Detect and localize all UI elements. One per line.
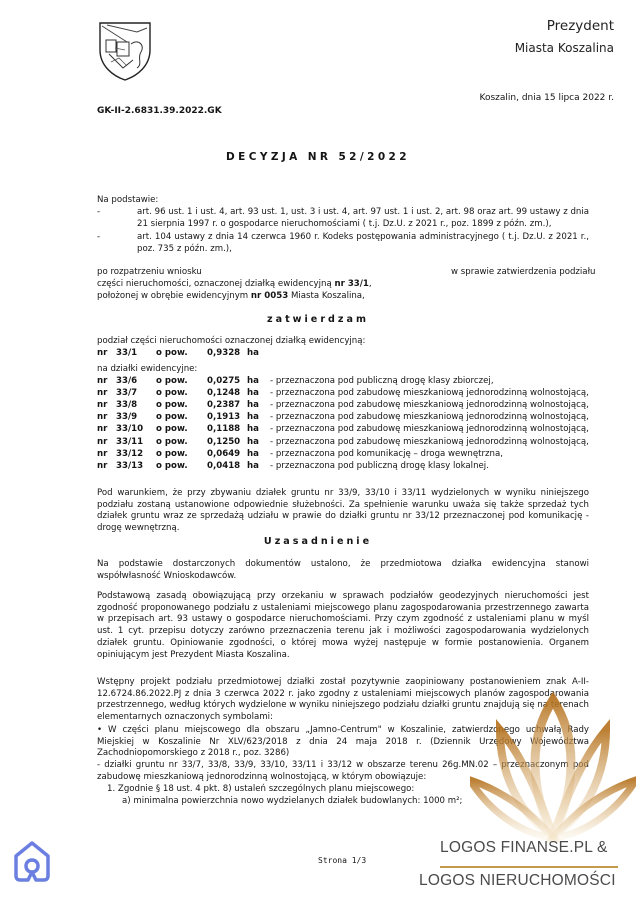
plot-area: 0,1188: [207, 424, 240, 436]
plot-area: 0,0418: [207, 461, 240, 473]
division-into-label: na działki ewidencyjne:: [97, 364, 197, 376]
issuer-title: Prezydent: [515, 15, 614, 37]
plot-unit: ha: [247, 461, 259, 473]
plot-desc: - przeznaczona pod zabudowę mieszkaniową…: [270, 424, 589, 436]
plot-nr: nr: [97, 376, 107, 388]
basis-line: art. 96 ust. 1 i ust. 4, art. 93 ust. 1,…: [137, 207, 589, 219]
plot-area: 0,0649: [207, 449, 240, 461]
city-crest-icon: [97, 20, 153, 82]
case-reference: GK-II-2.6831.39.2022.GK: [97, 106, 222, 116]
plot-nr: nr: [97, 412, 107, 424]
plot-pow: o pow.: [156, 437, 188, 449]
plot-num: 33/11: [116, 437, 143, 449]
plot-nr: nr: [97, 461, 107, 473]
plot-nr: nr: [97, 400, 107, 412]
justification-p1: Na podstawie dostarczonych dokumentów us…: [97, 559, 589, 582]
plot-pow: o pow.: [156, 388, 188, 400]
plot-unit: ha: [247, 424, 259, 436]
plan-numbered-item: 1. Zgodnie § 18 ust. 4 pkt. 8) ustaleń s…: [107, 784, 414, 796]
watermark-brand-line-1: LOGOS FINANSE.PL &: [440, 839, 608, 857]
plot-pow: o pow.: [156, 412, 188, 424]
plot-nr: nr: [97, 424, 107, 436]
plot-desc: - przeznaczona pod komunikację – droga w…: [270, 449, 503, 461]
plot-area: 0,2387: [207, 400, 240, 412]
plot-desc: - przeznaczona pod zabudowę mieszkaniową…: [270, 400, 589, 412]
plot-unit: ha: [247, 388, 259, 400]
plot-desc: - przeznaczona pod publiczną drogę klasy…: [270, 376, 494, 388]
plot-pow: o pow.: [156, 461, 188, 473]
parcel-number: nr 33/1: [334, 279, 368, 289]
plot-num: 33/10: [116, 424, 143, 436]
basis-line: art. 104 ustawy z dnia 14 czerwca 1960 r…: [137, 232, 589, 244]
plan-lettered-item: a) minimalna powierzchnia nowo wydzielan…: [122, 796, 462, 808]
plot-unit: ha: [247, 449, 259, 461]
justification-p2: Podstawową zasadą obowiązującą przy orze…: [97, 591, 589, 661]
plot-area: 0,1250: [207, 437, 240, 449]
page-number: Strona 1/3: [318, 856, 366, 865]
plot-desc: - przeznaczona pod zabudowę mieszkaniową…: [270, 437, 589, 449]
plot-pow: o pow.: [156, 400, 188, 412]
division-intro: podział części nieruchomości oznaczonej …: [97, 336, 365, 348]
plot-nr: nr: [97, 388, 107, 400]
list-marker: -: [97, 207, 100, 219]
basis-line: 21 sierpnia 1997 r. o gospodarce nieruch…: [137, 219, 589, 231]
plot-num: 33/8: [116, 400, 137, 412]
lotus-watermark-icon: [470, 690, 636, 850]
document-page: Prezydent Miasta Koszalina Koszalin, dni…: [0, 0, 636, 900]
plot-nr: nr: [97, 437, 107, 449]
approve-heading: zatwierdzam: [0, 314, 636, 325]
plot-unit: ha: [247, 376, 259, 388]
application-line-2: części nieruchomości, oznaczonej działką…: [97, 279, 372, 291]
document-date: Koszalin, dnia 15 lipca 2022 r.: [480, 93, 614, 103]
plot-unit: ha: [247, 437, 259, 449]
plot-num: 33/9: [116, 412, 137, 424]
basis-intro: Na podstawie:: [97, 195, 158, 207]
plot-desc: - przeznaczona pod zabudowę mieszkaniową…: [270, 388, 589, 400]
application-line-3: położonej w obrębie ewidencyjnym nr 0053…: [97, 291, 365, 303]
plot-desc: - przeznaczona pod zabudowę mieszkaniową…: [270, 412, 589, 424]
plot-area: 0,0275: [207, 376, 240, 388]
issuer-block: Prezydent Miasta Koszalina: [515, 15, 614, 59]
watermark-divider: [440, 866, 618, 868]
plot-nr: nr: [97, 449, 107, 461]
issuer-city: Miasta Koszalina: [515, 37, 614, 59]
decision-title: DECYZJA NR 52/2022: [0, 151, 636, 163]
list-marker: -: [97, 232, 100, 244]
plot-unit: ha: [247, 412, 259, 424]
justification-heading: Uzasadnienie: [0, 536, 636, 547]
plot-area: 0,1913: [207, 412, 240, 424]
plot-num: 33/13: [116, 461, 143, 473]
plot-unit: ha: [247, 400, 259, 412]
basis-item: - art. 104 ustawy z dnia 14 czerwca 1960…: [97, 232, 589, 256]
application-line-1-start: po rozpatrzeniu wniosku: [97, 267, 202, 279]
basis-line: poz. 735 z późn. zm.),: [137, 244, 589, 256]
house-logo-icon: [14, 840, 50, 884]
plot-desc: - przeznaczona pod publiczną drogę klasy…: [270, 461, 489, 473]
precinct-number: nr 0053: [251, 291, 288, 301]
plot-pow: o pow.: [156, 424, 188, 436]
plot-pow: o pow.: [156, 376, 188, 388]
condition-paragraph: Pod warunkiem, że przy zbywaniu działek …: [97, 488, 589, 535]
plot-num: 33/6: [116, 376, 137, 388]
watermark-brand-line-2: LOGOS NIERUCHOMOŚCI: [419, 872, 616, 890]
plot-pow: o pow.: [156, 449, 188, 461]
plot-num: 33/7: [116, 388, 137, 400]
application-line-1-end: w sprawie zatwierdzenia podziału: [451, 267, 595, 279]
plot-area: 0,1248: [207, 388, 240, 400]
plot-num: 33/12: [116, 449, 143, 461]
basis-item: - art. 96 ust. 1 i ust. 4, art. 93 ust. …: [97, 207, 589, 231]
